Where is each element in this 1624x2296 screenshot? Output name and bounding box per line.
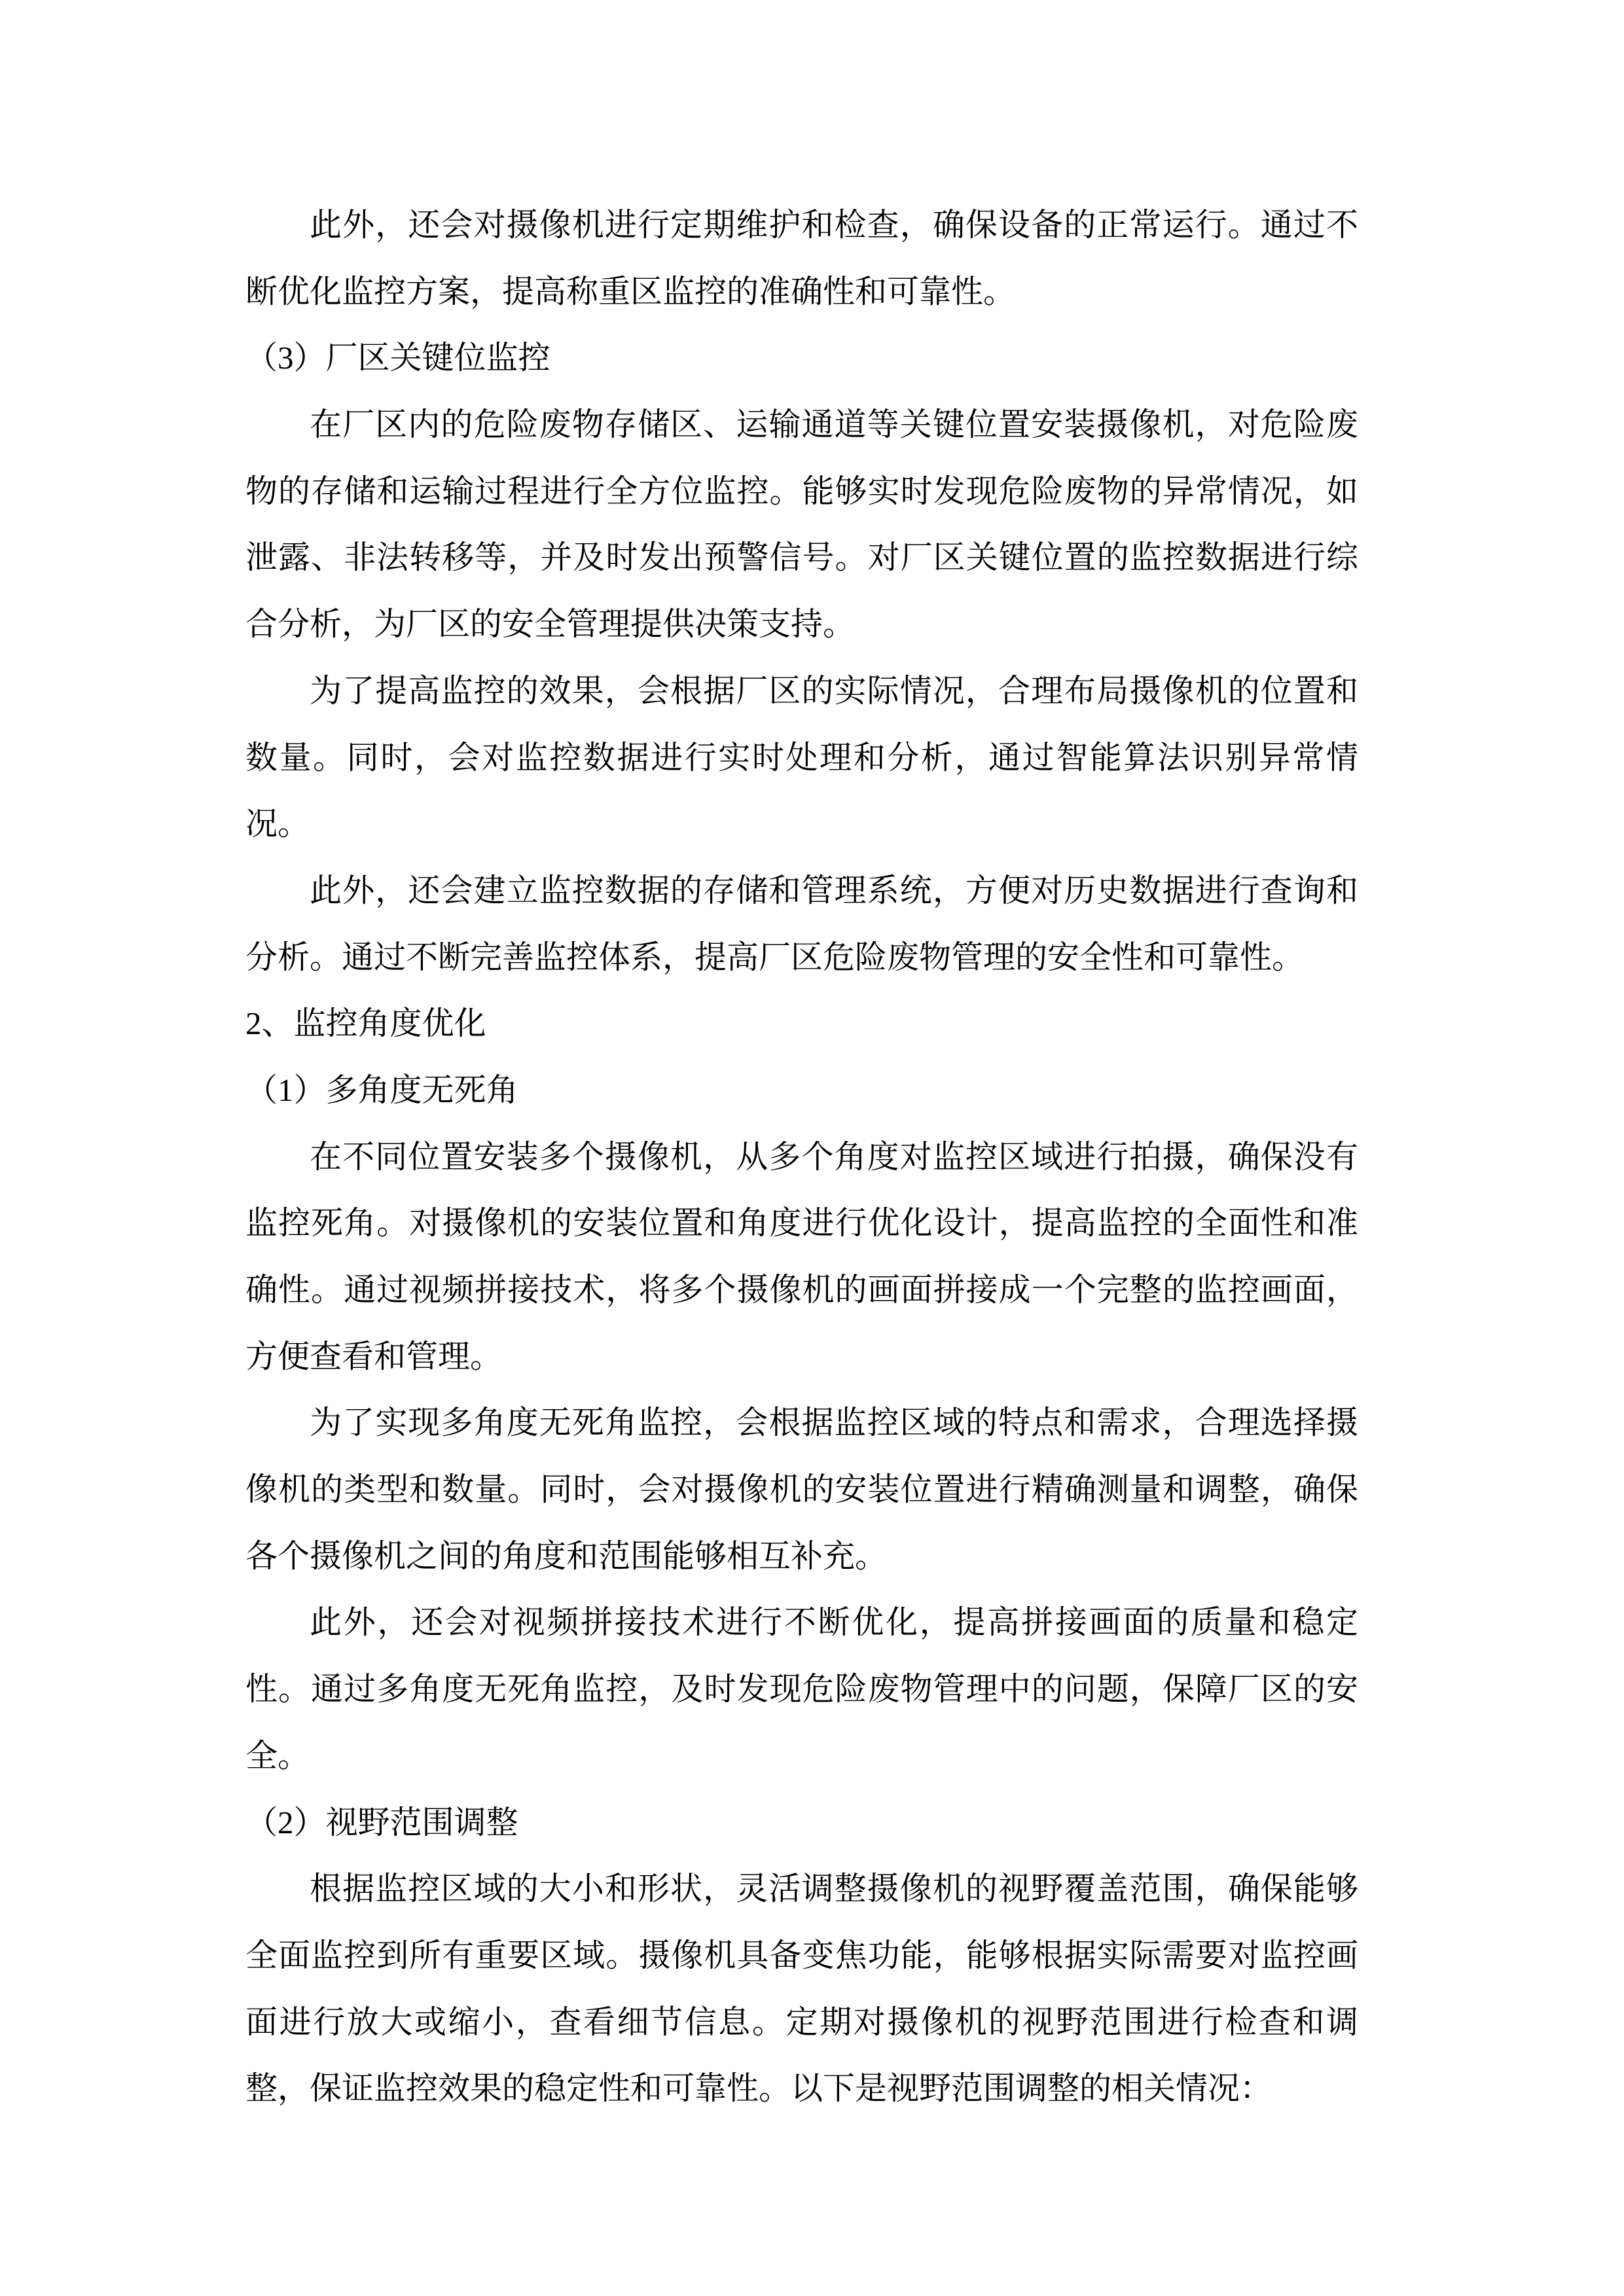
text-line: 像机的类型和数量。同时，会对摄像机的安装位置进行精确测量和调整，确保 bbox=[245, 1456, 1358, 1523]
body-paragraph: 根据监控区域的大小和形状，灵活调整摄像机的视野覆盖范围，确保能够全面监控到所有重… bbox=[245, 1856, 1358, 2122]
heading-paragraph: （3）厂区关键位监控 bbox=[245, 325, 1358, 391]
heading-line: （3）厂区关键位监控 bbox=[245, 325, 1358, 391]
body-paragraph: 为了提高监控的效果，会根据厂区的实际情况，合理布局摄像机的位置和数量。同时，会对… bbox=[245, 658, 1358, 857]
text-line: 泄露、非法转移等，并及时发出预警信号。对厂区关键位置的监控数据进行综 bbox=[245, 524, 1358, 591]
text-line: 此外，还会建立监控数据的存储和管理系统，方便对历史数据进行查询和 bbox=[245, 857, 1358, 924]
text-line: 性。通过多角度无死角监控，及时发现危险废物管理中的问题，保障厂区的安 bbox=[245, 1656, 1358, 1723]
body-paragraph: 在不同位置安装多个摄像机，从多个角度对监控区域进行拍摄，确保没有监控死角。对摄像… bbox=[245, 1124, 1358, 1390]
body-paragraph: 此外，还会对视频拼接技术进行不断优化，提高拼接画面的质量和稳定性。通过多角度无死… bbox=[245, 1589, 1358, 1789]
body-paragraph: 在厂区内的危险废物存储区、运输通道等关键位置安装摄像机，对危险废物的存储和运输过… bbox=[245, 391, 1358, 658]
text-line: 全。 bbox=[245, 1723, 1358, 1789]
heading-paragraph: （1）多角度无死角 bbox=[245, 1057, 1358, 1124]
text-line: 分析。通过不断完善监控体系，提高厂区危险废物管理的安全性和可靠性。 bbox=[245, 924, 1358, 991]
text-line: 面进行放大或缩小，查看细节信息。定期对摄像机的视野范围进行检查和调 bbox=[245, 1989, 1358, 2056]
body-paragraph: 此外，还会对摄像机进行定期维护和检查，确保设备的正常运行。通过不断优化监控方案，… bbox=[245, 192, 1358, 325]
text-line: 整，保证监控效果的稳定性和可靠性。以下是视野范围调整的相关情况： bbox=[245, 2055, 1358, 2122]
heading-line: （1）多角度无死角 bbox=[245, 1057, 1358, 1124]
text-line: 合分析，为厂区的安全管理提供决策支持。 bbox=[245, 591, 1358, 658]
text-line: 全面监控到所有重要区域。摄像机具备变焦功能，能够根据实际需要对监控画 bbox=[245, 1922, 1358, 1989]
text-line: 监控死角。对摄像机的安装位置和角度进行优化设计，提高监控的全面性和准 bbox=[245, 1190, 1358, 1257]
text-line: 在厂区内的危险废物存储区、运输通道等关键位置安装摄像机，对危险废 bbox=[245, 391, 1358, 458]
document-page: 此外，还会对摄像机进行定期维护和检查，确保设备的正常运行。通过不断优化监控方案，… bbox=[0, 0, 1624, 2296]
body-paragraph: 为了实现多角度无死角监控，会根据监控区域的特点和需求，合理选择摄像机的类型和数量… bbox=[245, 1390, 1358, 1589]
text-line: 确性。通过视频拼接技术，将多个摄像机的画面拼接成一个完整的监控画面， bbox=[245, 1257, 1358, 1323]
text-line: 物的存储和运输过程进行全方位监控。能够实时发现危险废物的异常情况，如 bbox=[245, 458, 1358, 525]
heading-line: 2、监控角度优化 bbox=[245, 990, 1358, 1057]
heading-paragraph: （2）视野范围调整 bbox=[245, 1789, 1358, 1856]
text-line: 断优化监控方案，提高称重区监控的准确性和可靠性。 bbox=[245, 259, 1358, 325]
text-line: 况。 bbox=[245, 791, 1358, 857]
document-body: 此外，还会对摄像机进行定期维护和检查，确保设备的正常运行。通过不断优化监控方案，… bbox=[245, 192, 1358, 2122]
heading-line: （2）视野范围调整 bbox=[245, 1789, 1358, 1856]
body-paragraph: 此外，还会建立监控数据的存储和管理系统，方便对历史数据进行查询和分析。通过不断完… bbox=[245, 857, 1358, 990]
text-line: 为了实现多角度无死角监控，会根据监控区域的特点和需求，合理选择摄 bbox=[245, 1390, 1358, 1456]
heading-paragraph: 2、监控角度优化 bbox=[245, 990, 1358, 1057]
text-line: 根据监控区域的大小和形状，灵活调整摄像机的视野覆盖范围，确保能够 bbox=[245, 1856, 1358, 1922]
text-line: 数量。同时，会对监控数据进行实时处理和分析，通过智能算法识别异常情 bbox=[245, 725, 1358, 791]
text-line: 方便查看和管理。 bbox=[245, 1323, 1358, 1390]
text-line: 在不同位置安装多个摄像机，从多个角度对监控区域进行拍摄，确保没有 bbox=[245, 1124, 1358, 1191]
text-line: 此外，还会对视频拼接技术进行不断优化，提高拼接画面的质量和稳定 bbox=[245, 1589, 1358, 1656]
text-line: 为了提高监控的效果，会根据厂区的实际情况，合理布局摄像机的位置和 bbox=[245, 658, 1358, 725]
text-line: 各个摄像机之间的角度和范围能够相互补充。 bbox=[245, 1523, 1358, 1590]
text-line: 此外，还会对摄像机进行定期维护和检查，确保设备的正常运行。通过不 bbox=[245, 192, 1358, 259]
